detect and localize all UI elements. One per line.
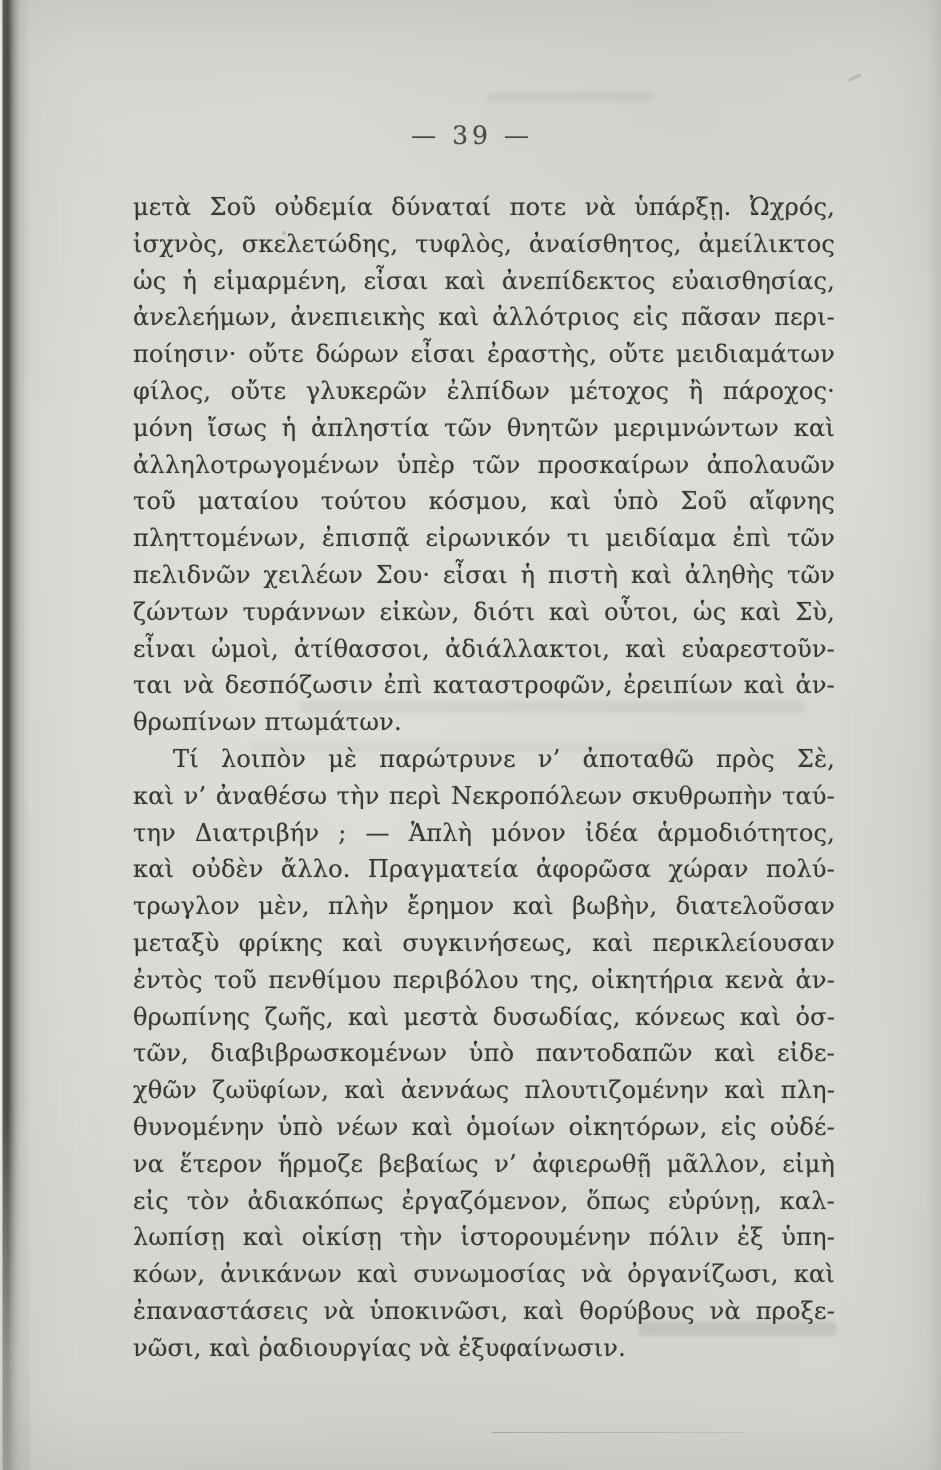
book-binding-edge-shadow — [0, 0, 30, 1470]
text-line: πελιδνῶν χειλέων Σου· εἶσαι ἡ πιστὴ καὶ … — [133, 557, 835, 594]
text-line: να ἕτερον ἥρμοζε βεβαίως ν’ ἀφιερωθῇ μᾶλ… — [133, 1146, 835, 1183]
text-line-paragraph-end: νῶσι, καὶ ῥαδιουργίας νὰ ἐξυφαίνωσιν. — [133, 1330, 835, 1367]
text-line: εἰς τὸν ἀδιακόπως ἐργαζόμενον, ὅπως εὐρύ… — [133, 1183, 835, 1220]
text-line: μετὰ Σοῦ οὐδεμία δύναταί ποτε νὰ ὑπάρξῃ.… — [133, 189, 835, 226]
text-line: ἀνελεήμων, ἀνεπιεικὴς καὶ ἀλλότριος εἰς … — [133, 299, 835, 336]
text-line: εἶναι ὠμοὶ, ἀτίθασσοι, ἀδιάλλακτοι, καὶ … — [133, 631, 835, 668]
page-right-edge — [927, 0, 941, 1470]
text-line: ται νὰ δεσπόζωσιν ἐπὶ καταστροφῶν, ἐρειπ… — [133, 667, 835, 704]
text-line: ἐπαναστάσεις νὰ ὑποκινῶσι, καὶ θορύβους … — [133, 1293, 835, 1330]
text-line: θυνομένην ὑπὸ νέων καὶ ὁμοίων οἰκητόρων,… — [133, 1109, 835, 1146]
text-line-paragraph-end: θρωπίνων πτωμάτων. — [133, 704, 835, 741]
text-line: ἀλληλοτρωγομένων ὑπὲρ τῶν προσκαίρων ἀπο… — [133, 447, 835, 484]
page-number: — 39 — — [121, 121, 823, 150]
text-line: ἰσχνὸς, σκελετώδης, τυφλὸς, ἀναίσθητος, … — [133, 226, 835, 263]
text-line: φίλος, οὔτε γλυκερῶν ἐλπίδων μέτοχος ἢ π… — [133, 373, 835, 410]
text-line: ὡς ἡ εἱμαρμένη, εἶσαι καὶ ἀνεπίδεκτος εὐ… — [133, 263, 835, 300]
text-line: ἐντὸς τοῦ πενθίμου περιβόλου της, οἰκητή… — [133, 962, 835, 999]
text-line: μόνη ἴσως ἡ ἀπληστία τῶν θνητῶν μεριμνών… — [133, 410, 835, 447]
text-line: λωπίσῃ καὶ οἰκίσῃ τὴν ἱστορουμένην πόλιν… — [133, 1219, 835, 1256]
body-text: μετὰ Σοῦ οὐδεμία δύναταί ποτε νὰ ὑπάρξῃ.… — [133, 189, 835, 1367]
text-line: τρωγλον μὲν, πλὴν ἔρημον καὶ βωβὴν, διατ… — [133, 888, 835, 925]
text-line: τοῦ ματαίου τούτου κόσμου, καὶ ὑπὸ Σοῦ α… — [133, 483, 835, 520]
text-line: την Διατριβήν ; — Ἁπλὴ μόνον ἰδέα ἁρμοδι… — [133, 815, 835, 852]
text-line: καὶ ν’ ἀναθέσω τὴν περὶ Νεκροπόλεων σκυθ… — [133, 778, 835, 815]
text-line: πληττομένων, ἐπισπᾷ εἰρωνικόν τι μειδίαμ… — [133, 520, 835, 557]
text-line: χθῶν ζωϋφίων, καὶ ἀεννάως πλουτιζομένην … — [133, 1072, 835, 1109]
text-line: ποίησιν· οὔτε δώρων εἶσαι ἐραστὴς, οὔτε … — [133, 336, 835, 373]
text-line: τῶν, διαβιβρωσκομένων ὑπὸ παντοδαπῶν καὶ… — [133, 1035, 835, 1072]
text-line: κόων, ἀνικάνων καὶ συνωμοσίας νὰ ὀργανίζ… — [133, 1256, 835, 1293]
text-line-paragraph-start: Τί λοιπὸν μὲ παρώτρυνε ν’ ἀποταθῶ πρὸς Σ… — [133, 741, 835, 778]
text-line: ζώντων τυράννων εἰκὼν, διότι καὶ οὗτοι, … — [133, 594, 835, 631]
text-line: θρωπίνης ζωῆς, καὶ μεστὰ δυσωδίας, κόνεω… — [133, 999, 835, 1036]
text-line: μεταξὺ φρίκης καὶ συγκινήσεως, καὶ περικ… — [133, 925, 835, 962]
text-line: καὶ οὐδὲν ἄλλο. Πραγματεία ἀφορῶσα χώραν… — [133, 851, 835, 888]
